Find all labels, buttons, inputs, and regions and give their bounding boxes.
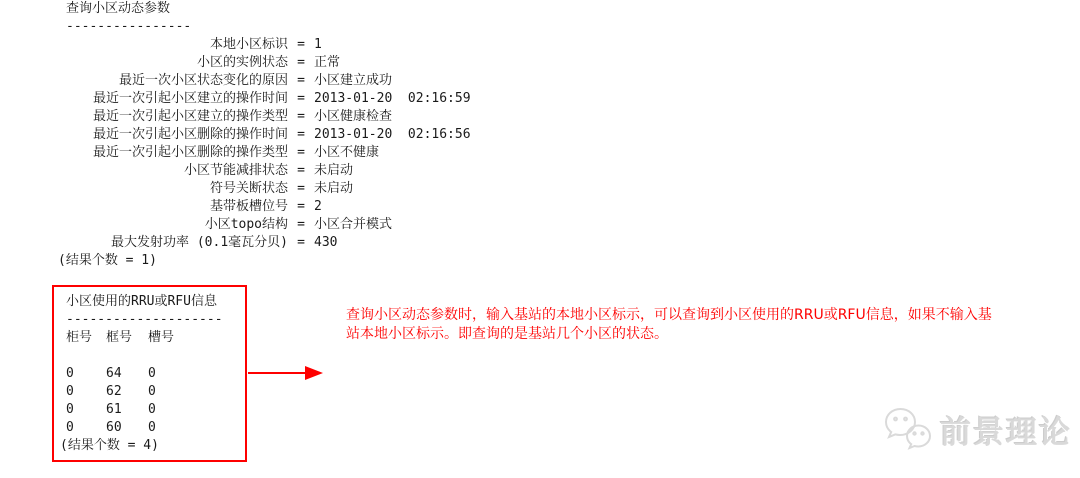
blank-line <box>66 347 245 365</box>
equals-sign: = <box>288 54 314 72</box>
rru-box-divider: -------------------- <box>66 311 245 329</box>
report-title-divider: ---------------- <box>66 18 471 36</box>
report-row-label: 基带板槽位号 <box>0 198 288 216</box>
report-row-label: 最大发射功率 (0.1毫瓦分贝) <box>0 234 288 252</box>
rru-cell: 0 <box>148 419 245 437</box>
report-row-value: 未启动 <box>314 162 471 180</box>
rru-cell: 0 <box>148 383 245 401</box>
equals-sign: = <box>288 234 314 252</box>
annotation-line: 查询小区动态参数时，输入基站的本地小区标示，可以查询到小区使用的RRU或RFU信… <box>346 306 1036 325</box>
rru-column-header: 槽号 <box>148 329 245 347</box>
rru-cell: 0 <box>148 401 245 419</box>
arrow-right-icon <box>247 361 325 385</box>
equals-sign: = <box>288 36 314 54</box>
rru-table-row: 0 64 0 <box>66 365 245 383</box>
rru-cell: 0 <box>66 401 106 419</box>
report-row-value: 小区合并模式 <box>314 216 471 234</box>
report-row: 最近一次引起小区删除的操作时间 = 2013-01-20 02:16:56 <box>0 126 471 144</box>
report-row-label: 最近一次小区状态变化的原因 <box>0 72 288 90</box>
annotation-line: 站本地小区标示。即查询的是基站几个小区的状态。 <box>346 325 1036 344</box>
report-row: 小区节能减排状态 = 未启动 <box>0 162 471 180</box>
report-row: 小区的实例状态 = 正常 <box>0 54 471 72</box>
equals-sign: = <box>288 126 314 144</box>
report-row: 最近一次引起小区删除的操作类型 = 小区不健康 <box>0 144 471 162</box>
rru-cell: 0 <box>148 365 245 383</box>
report-row-value: 小区不健康 <box>314 144 471 162</box>
report-row: 本地小区标识 = 1 <box>0 36 471 54</box>
query-report: 查询小区动态参数 ---------------- 本地小区标识 = 1 小区的… <box>0 0 471 270</box>
equals-sign: = <box>288 198 314 216</box>
equals-sign: = <box>288 162 314 180</box>
equals-sign: = <box>288 90 314 108</box>
report-row-value: 2013-01-20 02:16:56 <box>314 126 471 144</box>
report-row-label: 小区topo结构 <box>0 216 288 234</box>
rru-column-header: 框号 <box>106 329 148 347</box>
report-row: 小区topo结构 = 小区合并模式 <box>0 216 471 234</box>
rru-cell: 62 <box>106 383 148 401</box>
rru-cell: 0 <box>66 419 106 437</box>
report-row-value: 小区健康检查 <box>314 108 471 126</box>
report-row-value: 正常 <box>314 54 471 72</box>
report-row-value: 小区建立成功 <box>314 72 471 90</box>
equals-sign: = <box>288 180 314 198</box>
report-row-value: 2013-01-20 02:16:59 <box>314 90 471 108</box>
report-row-label: 最近一次引起小区删除的操作时间 <box>0 126 288 144</box>
watermark-text: 前景理论 <box>940 407 1072 452</box>
report-row: 基带板槽位号 = 2 <box>0 198 471 216</box>
report-row: 最近一次引起小区建立的操作类型 = 小区健康检查 <box>0 108 471 126</box>
rru-table-row: 0 60 0 <box>66 419 245 437</box>
equals-sign: = <box>288 144 314 162</box>
rru-column-header: 柜号 <box>66 329 106 347</box>
rru-cell: 60 <box>106 419 148 437</box>
rru-cell: 61 <box>106 401 148 419</box>
report-row-value: 1 <box>314 36 471 54</box>
report-row-label: 最近一次引起小区建立的操作类型 <box>0 108 288 126</box>
rru-box-title: 小区使用的RRU或RFU信息 <box>66 293 245 311</box>
rru-info-box: 小区使用的RRU或RFU信息 -------------------- 柜号 框… <box>52 285 247 462</box>
report-row: 符号关断状态 = 未启动 <box>0 180 471 198</box>
report-row-label: 本地小区标识 <box>0 36 288 54</box>
report-row: 最近一次引起小区建立的操作时间 = 2013-01-20 02:16:59 <box>0 90 471 108</box>
report-row-value: 2 <box>314 198 471 216</box>
rru-table-header: 柜号 框号 槽号 <box>66 329 245 347</box>
rru-table-row: 0 61 0 <box>66 401 245 419</box>
report-row-label: 小区的实例状态 <box>0 54 288 72</box>
report-title: 查询小区动态参数 <box>66 0 471 18</box>
report-row-label: 符号关断状态 <box>0 180 288 198</box>
rru-cell: 0 <box>66 365 106 383</box>
equals-sign: = <box>288 216 314 234</box>
report-row-label: 小区节能减排状态 <box>0 162 288 180</box>
report-result-count: (结果个数 = 1) <box>58 252 471 270</box>
annotation-text: 查询小区动态参数时，输入基站的本地小区标示，可以查询到小区使用的RRU或RFU信… <box>346 306 1036 344</box>
report-row-label: 最近一次引起小区删除的操作类型 <box>0 144 288 162</box>
report-row-label: 最近一次引起小区建立的操作时间 <box>0 90 288 108</box>
screenshot-root: { "colors": { "annotation_red": "#fe0000… <box>0 0 1080 478</box>
report-row: 最近一次小区状态变化的原因 = 小区建立成功 <box>0 72 471 90</box>
report-row-value: 未启动 <box>314 180 471 198</box>
report-row: 最大发射功率 (0.1毫瓦分贝) = 430 <box>0 234 471 252</box>
rru-cell: 64 <box>106 365 148 383</box>
wechat-chat-bubbles-icon <box>882 406 934 452</box>
watermark: 前景理论 <box>882 406 1072 452</box>
report-row-value: 430 <box>314 234 471 252</box>
rru-table-row: 0 62 0 <box>66 383 245 401</box>
rru-result-count: (结果个数 = 4) <box>60 437 245 455</box>
equals-sign: = <box>288 72 314 90</box>
equals-sign: = <box>288 108 314 126</box>
rru-cell: 0 <box>66 383 106 401</box>
